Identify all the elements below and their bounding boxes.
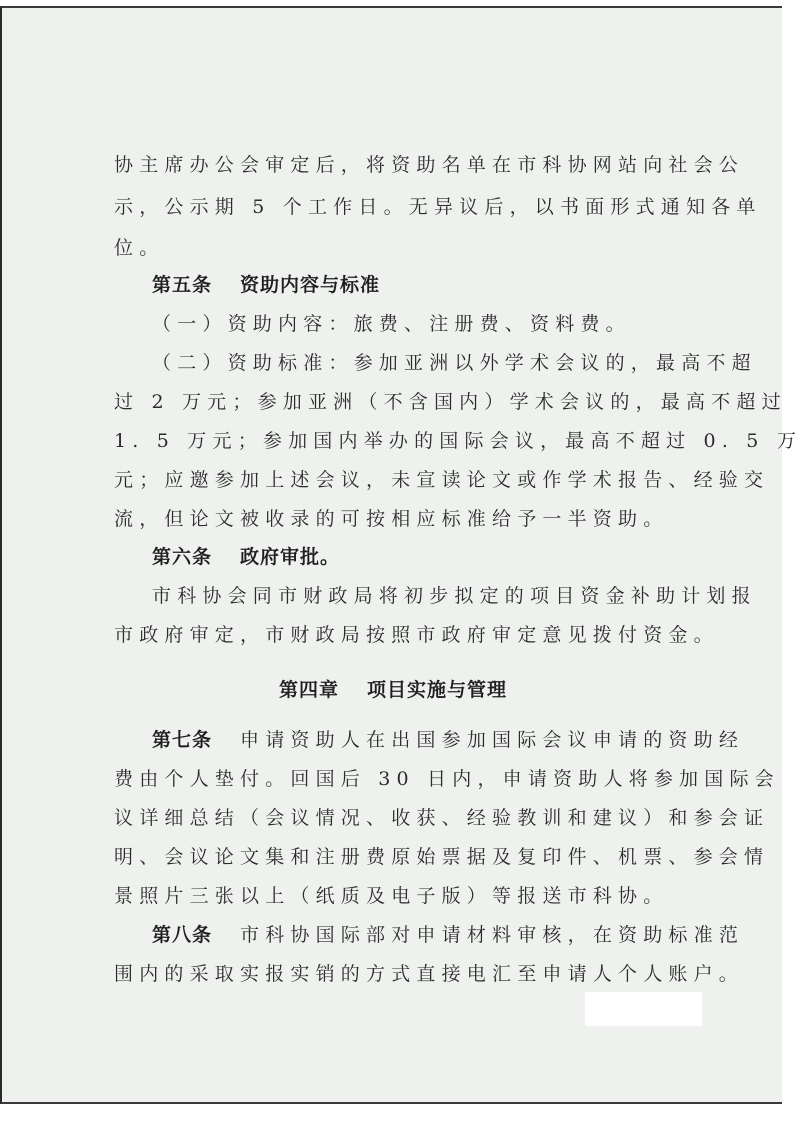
- paragraph-line: 元；应邀参加上述会议，未宣读论文或作学术报告、经验交: [114, 471, 769, 490]
- chapter-title: 项目实施与管理: [367, 679, 507, 701]
- paragraph-line: 费由个人垫付。回国后 30 日内，申请资助人将参加国际会: [114, 770, 780, 789]
- chapter-heading: 第四章项目实施与管理: [2, 675, 784, 702]
- paragraph-line: 示，公示期 5 个工作日。无异议后，以书面形式通知各单: [114, 198, 762, 217]
- paragraph-line: 明、会议论文集和注册费原始票据及复印件、机票、参会情: [114, 848, 769, 867]
- paragraph-line: 位。: [114, 239, 164, 258]
- redaction-box: [585, 992, 702, 1026]
- paragraph-line: 协主席办公会审定后，将资助名单在市科协网站向社会公: [114, 156, 744, 175]
- article-number: 第七条: [152, 729, 212, 751]
- article-7-first-line: 第七条申请资助人在出国参加国际会议申请的资助经: [152, 731, 744, 750]
- list-item: （二）资助标准：参加亚洲以外学术会议的，最高不超: [152, 354, 757, 373]
- paragraph-line: 市政府审定，市财政局按照市政府审定意见拨付资金。: [114, 626, 719, 645]
- document-page: 协主席办公会审定后，将资助名单在市科协网站向社会公 示，公示期 5 个工作日。无…: [0, 6, 782, 1104]
- article-text: 市科协国际部对申请材料审核，在资助标准范: [240, 924, 744, 946]
- paragraph-line: 过 2 万元；参加亚洲（不含国内）学术会议的，最高不超过: [114, 393, 787, 412]
- paragraph-line: 流，但论文被收录的可按相应标准给予一半资助。: [114, 510, 668, 529]
- article-number: 第五条: [152, 274, 212, 296]
- article-title: 政府审批。: [240, 546, 340, 568]
- article-text: 申请资助人在出国参加国际会议申请的资助经: [240, 729, 744, 751]
- article-5-heading: 第五条资助内容与标准: [152, 276, 380, 295]
- article-8-first-line: 第八条市科协国际部对申请材料审核，在资助标准范: [152, 926, 744, 945]
- paragraph-line: 景照片三张以上（纸质及电子版）等报送市科协。: [114, 887, 668, 906]
- chapter-number: 第四章: [279, 679, 339, 701]
- article-number: 第八条: [152, 924, 212, 946]
- paragraph-line: 1. 5 万元；参加国内举办的国际会议，最高不超过 0. 5 万: [114, 432, 800, 451]
- paragraph-line: 市科协会同市财政局将初步拟定的项目资金补助计划报: [152, 587, 757, 606]
- paragraph-line: 围内的采取实报实销的方式直接电汇至申请人个人账户。: [114, 965, 744, 984]
- article-title: 资助内容与标准: [240, 274, 380, 296]
- paragraph-line: 议详细总结（会议情况、收获、经验教训和建议）和参会证: [114, 809, 769, 828]
- article-6-heading: 第六条政府审批。: [152, 548, 340, 567]
- article-number: 第六条: [152, 546, 212, 568]
- list-item: （一）资助内容：旅费、注册费、资料费。: [152, 315, 631, 334]
